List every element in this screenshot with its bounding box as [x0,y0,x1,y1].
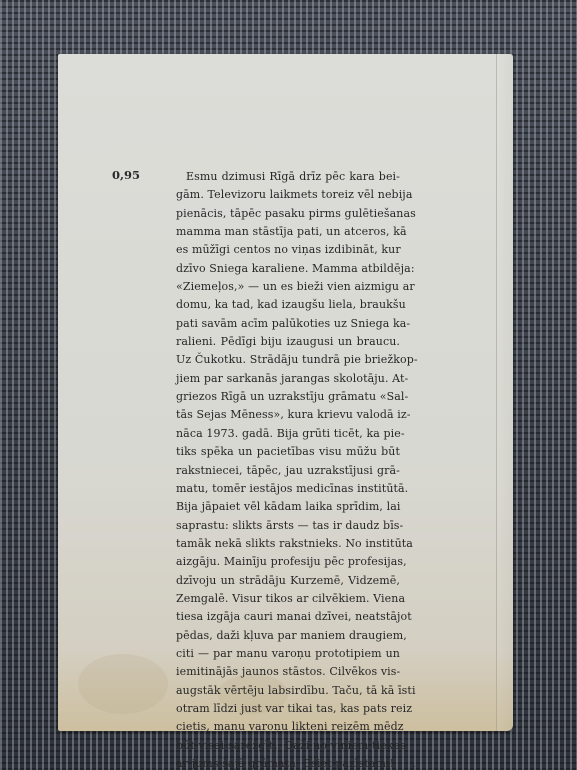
text-line: tiks spēka un pacietības visu mūžu būt [176,443,400,461]
text-line: otram līdzi just var tikai tas, kas pats… [176,700,400,718]
text-line: «Ziemeļos,» — un es bieži vien aizmigu a… [176,278,400,296]
text-line: tiesa izgāja cauri manai dzīvei, neatstā… [176,608,400,626]
text-line: tās Sejas Mēness», kura krievu valodā iz… [176,406,400,424]
text-line: saprastu: slikts ārsts — tas ir daudz bī… [176,517,400,535]
text-line: Zemgalē. Visur tikos ar cilvēkiem. Viena [176,590,400,608]
price-label: 0,95 [112,168,140,182]
text-line: domu, ka tad, kad izaugšu liela, braukšu [176,296,400,314]
text-line: rakstniecei, tāpēc, jau uzrakstījusi grā… [176,462,400,480]
text-line: cietis, manu varoņu likteņi reizēm mēdz [176,718,400,736]
text-line: mamma man stāstīja pati, un atceros, kā [176,223,400,241]
text-line: gām. Televizoru laikmets toreiz vēl nebi… [176,186,400,204]
text-line: aizgāju. Mainīju profesiju pēc profesija… [176,553,400,571]
text-line: pēdas, daži kļuva par maniem draugiem, [176,627,400,645]
text-line: dzīvoju un strādāju Kurzemē, Vidzemē, [176,572,400,590]
text-line: pienācis, tāpēc pasaku pirms gulētiešana… [176,205,400,223]
text-line: jiem par sarkanās jarangas skolotāju. At… [176,370,400,388]
text-line: Bija jāpaiet vēl kādam laika sprīdim, la… [176,498,400,516]
text-line: nāca 1973. gadā. Bija grūti ticēt, ka pi… [176,425,400,443]
text-line: ar jums šajā grāmatā. Esiet pazīstami! .… [176,755,400,770]
book-back-cover: 0,95 Esmu dzimusi Rīgā drīz pēc kara bei… [58,54,513,731]
text-line: Esmu dzimusi Rīgā drīz pēc kara bei- [176,168,400,186]
text-line: Uz Čukotku. Strādāju tundrā pie briežkop… [176,351,400,369]
text-line: būt visai sarežģīti. Daži no viņiem tiek… [176,737,400,755]
text-line: dzīvo Sniega karaliene. Mamma atbildēja: [176,260,400,278]
text-line: ralieni. Pēdīgi biju izaugusi un braucu. [176,333,400,351]
text-line: citi — par manu varoņu prototipiem un [176,645,400,663]
text-line: augstāk vērtēju labsirdību. Taču, tā kā … [176,682,400,700]
author-biography-text: Esmu dzimusi Rīgā drīz pēc kara bei-gām.… [176,168,400,770]
page-edge [496,54,513,731]
paper-stain [78,654,168,714]
text-line: tamāk nekā slikts rakstnieks. No institū… [176,535,400,553]
text-line: es mūžīgi centos no viņas izdibināt, kur [176,241,400,259]
text-line: iemitinājās jaunos stāstos. Cilvēkos vis… [176,663,400,681]
text-line: matu, tomēr iestājos medicīnas institūtā… [176,480,400,498]
text-line: griezos Rīgā un uzrakstīju grāmatu «Sal- [176,388,400,406]
text-line: pati savām acīm palūkoties uz Sniega ka- [176,315,400,333]
